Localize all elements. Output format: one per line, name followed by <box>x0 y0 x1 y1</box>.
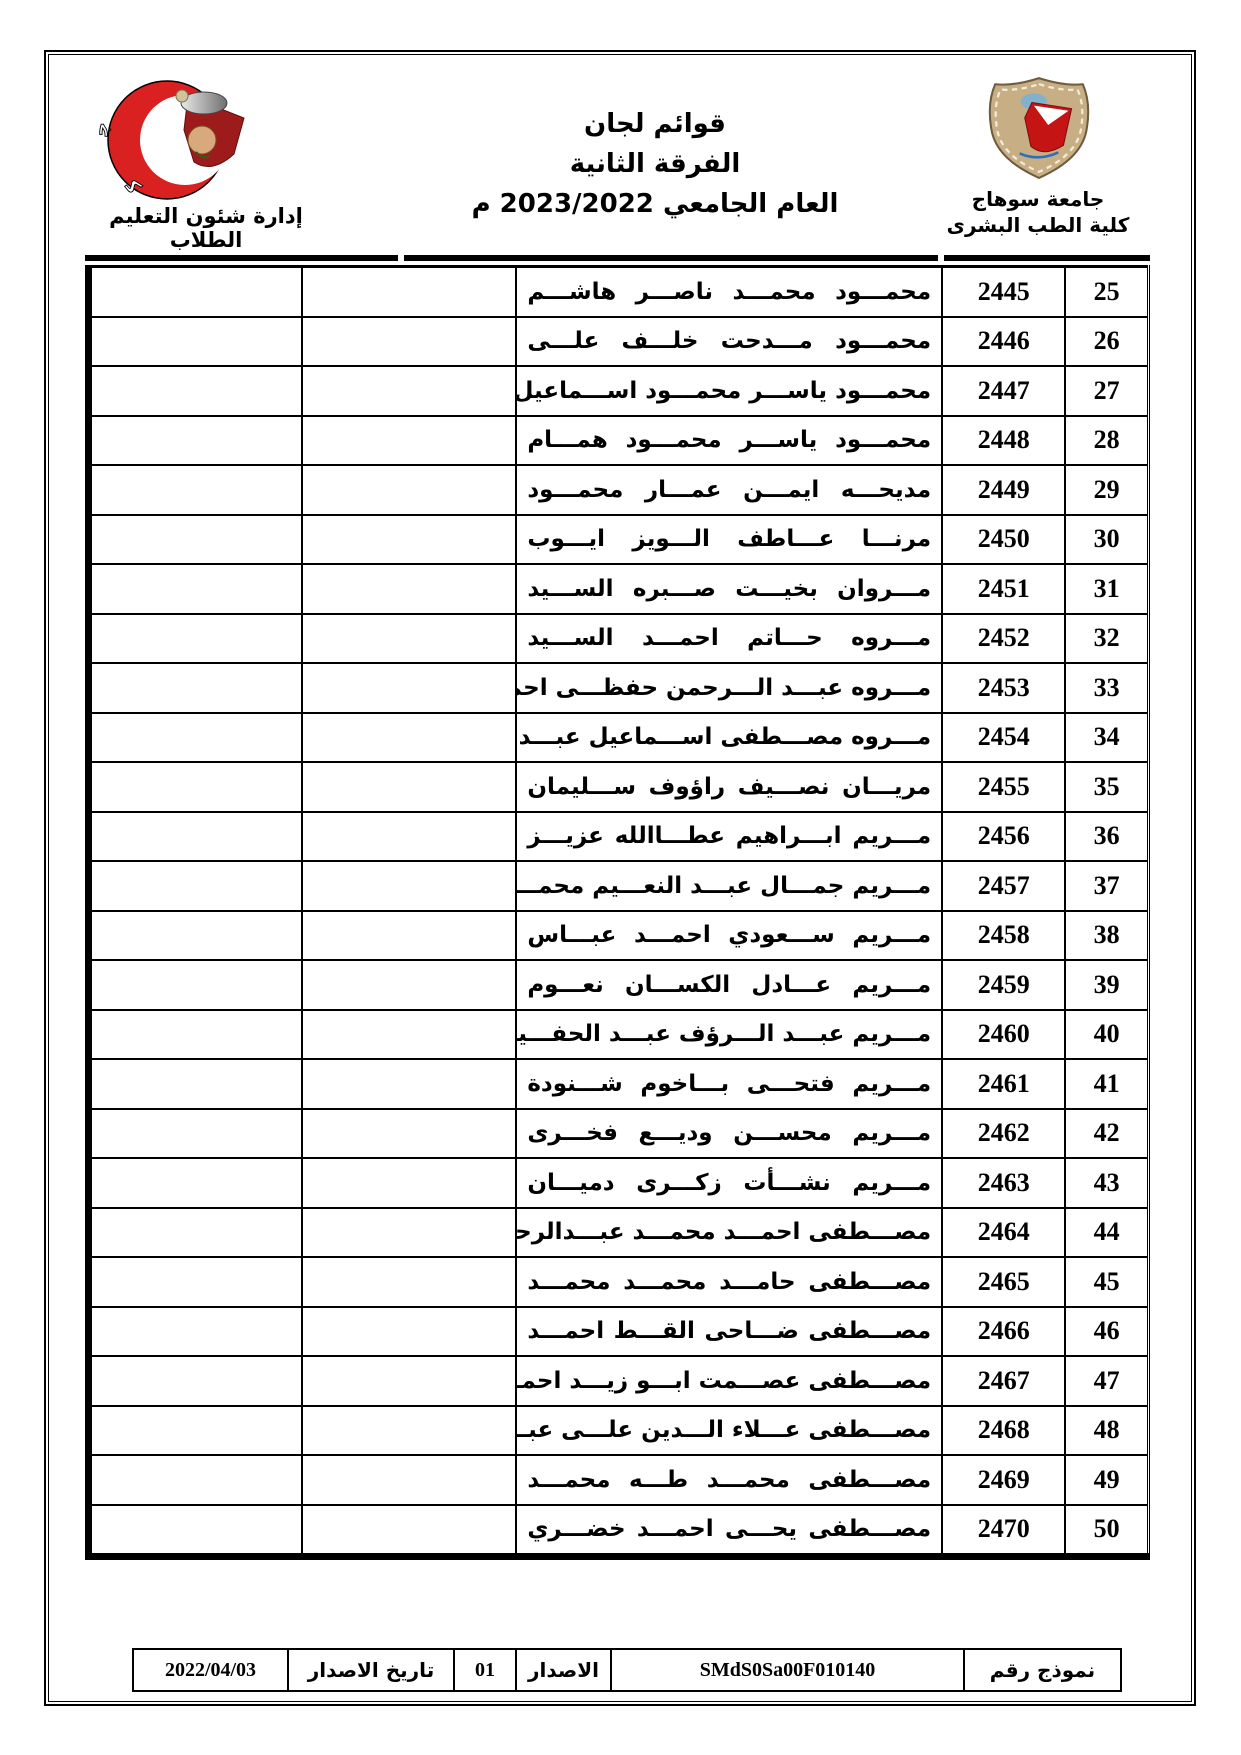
table-row: 312451مـــروان بخيـــت صـــبره الســـيد <box>89 564 1149 614</box>
name-cell: مـــريم عـــادل الكســـان نعـــوم <box>516 960 942 1010</box>
name-cell: مصـــطفى عصـــمت ابـــو زيـــد احمـــد <box>516 1356 942 1406</box>
empty-2-cell <box>89 861 302 911</box>
serial-cell: 44 <box>1065 1208 1148 1258</box>
code-cell: 2467 <box>942 1356 1065 1406</box>
serial-cell: 39 <box>1065 960 1148 1010</box>
empty-1-cell <box>302 1257 516 1307</box>
empty-1-cell <box>302 861 516 911</box>
name-cell: مـــريم عبـــد الـــرؤف عبـــد الحفـــيظ… <box>516 1010 942 1060</box>
name-cell: مـــروان بخيـــت صـــبره الســـيد <box>516 564 942 614</box>
code-cell: 2454 <box>942 713 1065 763</box>
code-cell: 2449 <box>942 465 1065 515</box>
table-row: 442464مصـــطفى احمـــد محمـــد عبـــدالر… <box>89 1208 1149 1258</box>
code-cell: 2456 <box>942 812 1065 862</box>
empty-2-cell <box>89 465 302 515</box>
empty-2-cell <box>89 1109 302 1159</box>
footer-form-table: نموذج رقم SMdS0Sa00F010140 الاصدار 01 تا… <box>132 1648 1122 1692</box>
serial-cell: 31 <box>1065 564 1148 614</box>
code-cell: 2451 <box>942 564 1065 614</box>
university-shield-logo-icon <box>972 72 1106 184</box>
code-cell: 2460 <box>942 1010 1065 1060</box>
serial-cell: 35 <box>1065 762 1148 812</box>
name-cell: مصـــطفى ضـــاحى القـــط احمـــد <box>516 1307 942 1357</box>
code-cell: 2469 <box>942 1455 1065 1505</box>
empty-1-cell <box>302 1505 516 1557</box>
table-row: 502470مصـــطفى يحـــى احمـــد خضـــري <box>89 1505 1149 1557</box>
students-table: 252445محمـــود محمـــد ناصـــر هاشـــم26… <box>85 265 1150 1560</box>
name-cell: مريـــان نصـــيف راؤوف ســـليمان <box>516 762 942 812</box>
empty-1-cell <box>302 564 516 614</box>
empty-1-cell <box>302 663 516 713</box>
empty-1-cell <box>302 812 516 862</box>
form-number-value: SMdS0Sa00F010140 <box>611 1649 964 1691</box>
empty-2-cell <box>89 317 302 367</box>
issue-label: الاصدار <box>516 1649 611 1691</box>
table-row: 262446محمـــود مـــدحت خلـــف علـــى <box>89 317 1149 367</box>
table-row: 362456مـــريم ابـــراهيم عطـــاالله عزيـ… <box>89 812 1149 862</box>
table-row: 342454مـــروه مصـــطفى اســـماعيل عبـــد… <box>89 713 1149 763</box>
name-cell: محمـــود ياســـر محمـــود همـــام <box>516 416 942 466</box>
serial-cell: 28 <box>1065 416 1148 466</box>
table-row: 322452مـــروه حـــاتم احمـــد الســـيد <box>89 614 1149 664</box>
name-cell: مـــريم ابـــراهيم عطـــاالله عزيـــز <box>516 812 942 862</box>
name-cell: محمـــود مـــدحت خلـــف علـــى <box>516 317 942 367</box>
empty-1-cell <box>302 960 516 1010</box>
serial-cell: 33 <box>1065 663 1148 713</box>
empty-2-cell <box>89 713 302 763</box>
code-cell: 2458 <box>942 911 1065 961</box>
empty-2-cell <box>89 1208 302 1258</box>
table-row: 392459مـــريم عـــادل الكســـان نعـــوم <box>89 960 1149 1010</box>
empty-1-cell <box>302 762 516 812</box>
code-cell: 2452 <box>942 614 1065 664</box>
name-cell: مصـــطفى حامـــد محمـــد محمـــد <box>516 1257 942 1307</box>
empty-2-cell <box>89 960 302 1010</box>
empty-2-cell <box>89 812 302 862</box>
empty-2-cell <box>89 267 302 317</box>
empty-1-cell <box>302 465 516 515</box>
serial-cell: 40 <box>1065 1010 1148 1060</box>
name-cell: مـــريم محســـن وديـــع فخـــرى <box>516 1109 942 1159</box>
empty-1-cell <box>302 515 516 565</box>
code-cell: 2447 <box>942 366 1065 416</box>
serial-cell: 49 <box>1065 1455 1148 1505</box>
document-title-line2: الفرقة الثانية <box>455 144 855 184</box>
table-row: 412461مـــريم فتحـــى بـــاخوم شـــنودة <box>89 1059 1149 1109</box>
empty-1-cell <box>302 267 516 317</box>
code-cell: 2470 <box>942 1505 1065 1557</box>
footer-row: نموذج رقم SMdS0Sa00F010140 الاصدار 01 تا… <box>133 1649 1121 1691</box>
issue-date-value: 2022/04/03 <box>133 1649 288 1691</box>
empty-1-cell <box>302 1307 516 1357</box>
university-caption: جامعة سوهاج كلية الطب البشرى <box>938 186 1138 238</box>
empty-2-cell <box>89 614 302 664</box>
empty-1-cell <box>302 614 516 664</box>
document-page: جامعة سوهاج كلية الطب إدارة شئون التعليم… <box>0 0 1241 1755</box>
issue-value: 01 <box>454 1649 516 1691</box>
table-row: 432463مـــريم نشـــأت زكـــرى دميـــان <box>89 1158 1149 1208</box>
code-cell: 2466 <box>942 1307 1065 1357</box>
serial-cell: 27 <box>1065 366 1148 416</box>
serial-cell: 34 <box>1065 713 1148 763</box>
code-cell: 2453 <box>942 663 1065 713</box>
empty-1-cell <box>302 317 516 367</box>
code-cell: 2464 <box>942 1208 1065 1258</box>
table-row: 302450مرنـــا عـــاطف الـــويز ايـــوب <box>89 515 1149 565</box>
empty-2-cell <box>89 1010 302 1060</box>
name-cell: مرنـــا عـــاطف الـــويز ايـــوب <box>516 515 942 565</box>
empty-1-cell <box>302 1208 516 1258</box>
name-cell: مـــروه مصـــطفى اســـماعيل عبـــدالعال <box>516 713 942 763</box>
serial-cell: 37 <box>1065 861 1148 911</box>
code-cell: 2462 <box>942 1109 1065 1159</box>
code-cell: 2459 <box>942 960 1065 1010</box>
name-cell: مـــريم فتحـــى بـــاخوم شـــنودة <box>516 1059 942 1109</box>
empty-1-cell <box>302 1010 516 1060</box>
empty-2-cell <box>89 1356 302 1406</box>
table-row: 252445محمـــود محمـــد ناصـــر هاشـــم <box>89 267 1149 317</box>
code-cell: 2446 <box>942 317 1065 367</box>
empty-2-cell <box>89 1455 302 1505</box>
table-row: 402460مـــريم عبـــد الـــرؤف عبـــد الح… <box>89 1010 1149 1060</box>
issue-date-label: تاريخ الاصدار <box>288 1649 454 1691</box>
name-cell: محمـــود ياســـر محمـــود اســـماعيل <box>516 366 942 416</box>
table-row: 382458مـــريم ســـعودي احمـــد عبـــاس <box>89 911 1149 961</box>
code-cell: 2445 <box>942 267 1065 317</box>
name-cell: مـــروه عبـــد الـــرحمن حفظـــى احمـــد <box>516 663 942 713</box>
empty-2-cell <box>89 515 302 565</box>
code-cell: 2450 <box>942 515 1065 565</box>
serial-cell: 29 <box>1065 465 1148 515</box>
table-row: 352455مريـــان نصـــيف راؤوف ســـليمان <box>89 762 1149 812</box>
serial-cell: 45 <box>1065 1257 1148 1307</box>
serial-cell: 46 <box>1065 1307 1148 1357</box>
name-cell: مصـــطفى يحـــى احمـــد خضـــري <box>516 1505 942 1557</box>
empty-2-cell <box>89 762 302 812</box>
table-row: 472467مصـــطفى عصـــمت ابـــو زيـــد احم… <box>89 1356 1149 1406</box>
faculty-crescent-logo-icon: جامعة سوهاج كلية الطب <box>92 76 272 204</box>
document-title-block: قوائم لجان الفرقة الثانية العام الجامعي … <box>455 104 855 224</box>
name-cell: مصـــطفى احمـــد محمـــد عبـــدالرحيم <box>516 1208 942 1258</box>
form-number-label: نموذج رقم <box>964 1649 1121 1691</box>
empty-2-cell <box>89 1307 302 1357</box>
code-cell: 2455 <box>942 762 1065 812</box>
serial-cell: 25 <box>1065 267 1148 317</box>
code-cell: 2461 <box>942 1059 1065 1109</box>
empty-1-cell <box>302 1059 516 1109</box>
table-top-bar <box>85 255 1150 261</box>
empty-1-cell <box>302 416 516 466</box>
table-row: 292449مديحـــه ايمـــن عمـــار محمـــود <box>89 465 1149 515</box>
name-cell: مـــريم جمـــال عبـــد النعـــيم محمـــد <box>516 861 942 911</box>
table-row: 482468مصـــطفى عـــلاء الـــدين علـــى ع… <box>89 1406 1149 1456</box>
name-cell: مصـــطفى محمـــد طـــه محمـــد <box>516 1455 942 1505</box>
name-cell: مصـــطفى عـــلاء الـــدين علـــى عبـــدا… <box>516 1406 942 1456</box>
student-affairs-caption: إدارة شئون التعليم الطلاب <box>96 204 316 252</box>
university-caption-line1: جامعة سوهاج <box>938 186 1138 212</box>
empty-1-cell <box>302 1109 516 1159</box>
serial-cell: 36 <box>1065 812 1148 862</box>
name-cell: مـــريم نشـــأت زكـــرى دميـــان <box>516 1158 942 1208</box>
serial-cell: 47 <box>1065 1356 1148 1406</box>
code-cell: 2457 <box>942 861 1065 911</box>
university-caption-line2: كلية الطب البشرى <box>938 212 1138 238</box>
code-cell: 2468 <box>942 1406 1065 1456</box>
table-row: 282448محمـــود ياســـر محمـــود همـــام <box>89 416 1149 466</box>
table-row: 452465مصـــطفى حامـــد محمـــد محمـــد <box>89 1257 1149 1307</box>
empty-1-cell <box>302 1356 516 1406</box>
serial-cell: 38 <box>1065 911 1148 961</box>
table-row: 462466مصـــطفى ضـــاحى القـــط احمـــد <box>89 1307 1149 1357</box>
empty-1-cell <box>302 1406 516 1456</box>
serial-cell: 50 <box>1065 1505 1148 1557</box>
serial-cell: 48 <box>1065 1406 1148 1456</box>
empty-2-cell <box>89 663 302 713</box>
name-cell: محمـــود محمـــد ناصـــر هاشـــم <box>516 267 942 317</box>
svg-text:جامعة سوهاج: جامعة سوهاج <box>92 76 112 137</box>
table-row: 492469مصـــطفى محمـــد طـــه محمـــد <box>89 1455 1149 1505</box>
empty-2-cell <box>89 1505 302 1557</box>
table-row: 422462مـــريم محســـن وديـــع فخـــرى <box>89 1109 1149 1159</box>
empty-2-cell <box>89 366 302 416</box>
empty-2-cell <box>89 1406 302 1456</box>
code-cell: 2465 <box>942 1257 1065 1307</box>
empty-2-cell <box>89 1158 302 1208</box>
table-row: 332453مـــروه عبـــد الـــرحمن حفظـــى ا… <box>89 663 1149 713</box>
empty-2-cell <box>89 911 302 961</box>
table-row: 372457مـــريم جمـــال عبـــد النعـــيم م… <box>89 861 1149 911</box>
table-row: 272447محمـــود ياســـر محمـــود اســـماع… <box>89 366 1149 416</box>
serial-cell: 43 <box>1065 1158 1148 1208</box>
name-cell: مـــروه حـــاتم احمـــد الســـيد <box>516 614 942 664</box>
serial-cell: 26 <box>1065 317 1148 367</box>
empty-1-cell <box>302 1455 516 1505</box>
document-title-line1: قوائم لجان <box>455 104 855 144</box>
students-table-body: 252445محمـــود محمـــد ناصـــر هاشـــم26… <box>89 267 1149 1557</box>
name-cell: مديحـــه ايمـــن عمـــار محمـــود <box>516 465 942 515</box>
serial-cell: 30 <box>1065 515 1148 565</box>
code-cell: 2463 <box>942 1158 1065 1208</box>
table-top-bar-notch <box>398 255 404 261</box>
empty-2-cell <box>89 1059 302 1109</box>
serial-cell: 32 <box>1065 614 1148 664</box>
empty-1-cell <box>302 366 516 416</box>
empty-2-cell <box>89 416 302 466</box>
serial-cell: 42 <box>1065 1109 1148 1159</box>
empty-1-cell <box>302 911 516 961</box>
serial-cell: 41 <box>1065 1059 1148 1109</box>
empty-2-cell <box>89 564 302 614</box>
empty-2-cell <box>89 1257 302 1307</box>
empty-1-cell <box>302 1158 516 1208</box>
name-cell: مـــريم ســـعودي احمـــد عبـــاس <box>516 911 942 961</box>
table-top-bar-notch <box>938 255 944 261</box>
document-title-line3: العام الجامعي 2023/2022 م <box>455 184 855 224</box>
code-cell: 2448 <box>942 416 1065 466</box>
empty-1-cell <box>302 713 516 763</box>
crescent-arc-top-text: جامعة سوهاج <box>92 76 112 137</box>
